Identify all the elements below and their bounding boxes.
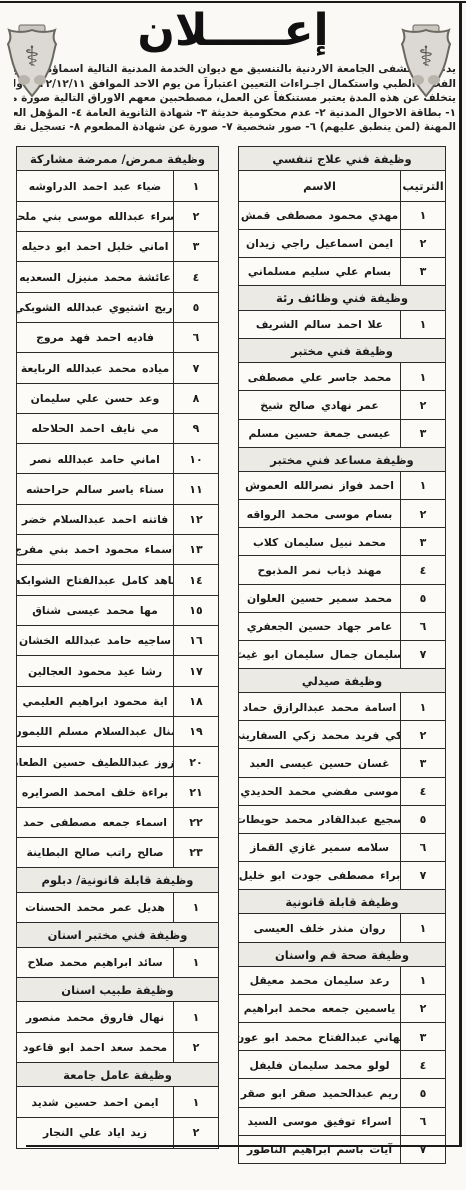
applicant-rank: ١٣ [173, 535, 218, 565]
applicant-name: براءة خلف امحمد الصرايره [17, 777, 173, 807]
applicant-rank: ٤ [400, 1051, 445, 1079]
applicant-row: ٣محمد نبيل سليمان كلاب [238, 527, 446, 557]
applicant-name: سليمان جمال سليمان ابو غيث [239, 641, 400, 669]
tables-left-column: وظيفة ممرض/ ممرضة مشاركة١ضياء عبد احمد ا… [16, 146, 219, 1149]
applicant-row: ٢عمر نهادي صالح شيخ [238, 390, 446, 420]
applicant-row: ٢ياسمين جمعه محمد ابراهيم [238, 994, 446, 1024]
applicant-name: روان منذر خلف العيسى [239, 914, 400, 942]
applicant-rank: ٢ [173, 202, 218, 232]
applicant-name: اماني خليل احمد ابو دحيله [17, 232, 173, 262]
job-title-header: وظيفة قابلة قانونية [238, 889, 446, 915]
job-title-header: وظيفة صحة فم واسنان [238, 942, 446, 968]
applicant-name: عائشة محمد منيزل السعديه [17, 262, 173, 292]
applicant-name: ريم عبدالحميد صقر ابو صقر [239, 1079, 400, 1107]
applicant-name: مي نايف احمد الحلاحله [17, 414, 173, 444]
applicant-row: ١٢فاتنه احمد عبدالسلام خضر [16, 504, 219, 536]
applicant-rank: ٦ [400, 1108, 445, 1136]
intro-paragraph: يدعو مستشفى الجامعة الاردنية بالتنسيق مع… [14, 62, 456, 135]
applicant-rank: ٢٢ [173, 808, 218, 838]
applicant-name: وعد حسن علي سليمان [17, 384, 173, 414]
applicant-rank: ١١ [173, 474, 218, 504]
applicant-rank: ٢ [400, 391, 445, 419]
applicant-row: ١سائد ابراهيم محمد صلاح [16, 947, 219, 979]
applicant-row: ٣بسام علي سليم مسلماني [238, 257, 446, 287]
applicant-name: صالح راتب صالح البطاينة [17, 838, 173, 868]
rank-column-header: الترتيب [400, 171, 445, 201]
applicant-row: ١احمد فواز نصرالله العموش [238, 471, 446, 501]
applicant-row: ٧سليمان جمال سليمان ابو غيث [238, 640, 446, 670]
applicant-row: ٢زيد اياد علي النجار [16, 1117, 219, 1149]
job-title-header: وظيفة عامل جامعة [16, 1062, 219, 1088]
applicant-rank: ٣ [400, 1023, 445, 1051]
applicant-row: ١٦ساجيه حامد عبدالله الخشان [16, 625, 219, 657]
page-right-border [459, 1, 462, 1147]
applicant-row: ٧مياده محمد عبدالله الربايعة [16, 352, 219, 384]
applicant-row: ٥سجيع عبدالقادر محمد حويطات [238, 805, 446, 835]
table-header-row: الترتيبالاسم [238, 170, 446, 202]
svg-text:⚕: ⚕ [24, 40, 39, 73]
applicant-name: محمد سعد احمد ابو قاعود [17, 1033, 173, 1063]
svg-text:⚕: ⚕ [418, 40, 433, 73]
applicant-name: اسماء محمود احمد بني مفرج [17, 535, 173, 565]
applicant-name: تهاني عبدالفتاح محمد ابو عون [239, 1023, 400, 1051]
applicant-name: عامر جهاد حسين الجعفري [239, 613, 400, 641]
applicant-rank: ١ [400, 311, 445, 339]
applicant-name: علا احمد سالم الشريف [239, 311, 400, 339]
applicant-name: زكي فريد محمد زكي السفاريني [239, 721, 400, 749]
applicant-rank: ٥ [400, 806, 445, 834]
applicant-row: ٥ريم عبدالحميد صقر ابو صقر [238, 1078, 446, 1108]
applicant-row: ١١سناء ياسر سالم حراحشه [16, 473, 219, 505]
applicant-row: ٦فاديه احمد فهد مروج [16, 322, 219, 354]
applicant-row: ٦عامر جهاد حسين الجعفري [238, 612, 446, 642]
applicant-rank: ٣ [173, 232, 218, 262]
applicant-row: ١٩منال عبدالسلام مسلم الليمون [16, 716, 219, 748]
applicant-name: سجيع عبدالقادر محمد حويطات [239, 806, 400, 834]
applicant-rank: ٤ [173, 262, 218, 292]
applicant-rank: ١ [173, 1087, 218, 1117]
applicant-rank: ٤ [400, 778, 445, 806]
applicant-row: ١٠اماني حامد عبدالله نصر [16, 443, 219, 475]
applicant-row: ٣اماني خليل احمد ابو دحيله [16, 231, 219, 263]
intro-line: يتخلف عن هذه المدة يعتبر مستنكفاً عن الع… [14, 91, 456, 106]
applicant-rank: ١ [400, 472, 445, 500]
applicant-row: ٥اريج اشتيوي عبدالله الشوبكي [16, 292, 219, 324]
applicant-name: براء مصطفى جودت ابو خليل [239, 862, 400, 890]
applicant-name: لولو محمد سليمان فليفل [239, 1051, 400, 1079]
applicant-rank: ١٤ [173, 565, 218, 595]
applicant-row: ١اسامة محمد عبدالرازق حماد [238, 692, 446, 722]
applicant-row: ١٤ناهد كامل عبدالفتاح الشوابكه [16, 564, 219, 596]
applicant-row: ٦اسراء توفيق موسى السيد [238, 1107, 446, 1137]
applicant-rank: ٥ [173, 293, 218, 323]
applicant-name: هديل عمر محمد الحسنات [17, 893, 173, 923]
applicant-rank: ٢ [400, 500, 445, 528]
applicant-name: فاديه احمد فهد مروج [17, 323, 173, 353]
applicant-rank: ١٩ [173, 717, 218, 747]
applicant-rank: ١٨ [173, 687, 218, 717]
applicant-name: ضياء عبد احمد الدراوشه [17, 171, 173, 201]
applicant-name: مهند ذياب نمر المذبوح [239, 556, 400, 584]
applicant-rank: ٣ [400, 420, 445, 448]
applicant-name: مها محمد عيسى شناق [17, 596, 173, 626]
applicant-row: ٣عيسى جمعة حسين مسلم [238, 419, 446, 449]
applicant-name: محمد جاسر علي مصطفى [239, 363, 400, 391]
applicant-name: ساجيه حامد عبدالله الخشان [17, 626, 173, 656]
applicant-name: عيسى جمعة حسين مسلم [239, 420, 400, 448]
intro-line: ١- بطاقة الاحوال المدنية ٢- عدم محكومية … [14, 106, 456, 121]
applicant-row: ٤مهند ذياب نمر المذبوح [238, 555, 446, 585]
applicant-rank: ١٦ [173, 626, 218, 656]
applicant-rank: ٣ [400, 258, 445, 286]
applicant-row: ٣غسان حسين عيسى العبد [238, 748, 446, 778]
applicant-row: ١ضياء عبد احمد الدراوشه [16, 170, 219, 202]
applicant-rank: ٣ [400, 528, 445, 556]
applicant-row: ١٣اسماء محمود احمد بني مفرج [16, 534, 219, 566]
applicant-name: اية محمود ابراهيم العليمي [17, 687, 173, 717]
applicant-rank: ٢ [400, 230, 445, 258]
applicant-row: ٢١براءة خلف امحمد الصرايره [16, 776, 219, 808]
intro-line: الفحص الطبي واستكمال اجـراءات التعيين اع… [14, 77, 456, 92]
applicant-rank: ٢٣ [173, 838, 218, 868]
applicant-rank: ٢ [400, 721, 445, 749]
applicant-row: ٢ايمن اسماعيل راجي زيدان [238, 229, 446, 259]
applicant-name: اسامة محمد عبدالرازق حماد [239, 693, 400, 721]
applicant-row: ١رعد سليمان محمد معيقل [238, 966, 446, 996]
applicant-rank: ١٢ [173, 505, 218, 535]
candidate-tables: وظيفة فني علاج تنفسيالترتيبالاسم١مهدي مح… [0, 135, 466, 1164]
applicant-row: ٢بسام موسى محمد الرواقه [238, 499, 446, 529]
applicant-rank: ٢ [173, 1033, 218, 1063]
applicant-row: ٥محمد سمير حسين العلوان [238, 584, 446, 614]
applicant-name: محمد نبيل سليمان كلاب [239, 528, 400, 556]
applicant-row: ٨وعد حسن علي سليمان [16, 383, 219, 415]
job-title-header: وظيفة مساعد فني مختبر [238, 447, 446, 473]
applicant-rank: ٢٠ [173, 747, 218, 777]
applicant-rank: ٧ [400, 641, 445, 669]
applicant-name: غسان حسين عيسى العبد [239, 749, 400, 777]
applicant-row: ٢٣صالح راتب صالح البطاينة [16, 837, 219, 869]
applicant-row: ٢اسراء عبدالله موسى بني ملحم [16, 201, 219, 233]
name-column-header: الاسم [239, 171, 400, 201]
applicant-row: ١محمد جاسر علي مصطفى [238, 362, 446, 392]
applicant-row: ١روان منذر خلف العيسى [238, 913, 446, 943]
applicant-row: ٤عائشة محمد منيزل السعديه [16, 261, 219, 293]
page-bottom-border [26, 1145, 462, 1147]
applicant-rank: ١٥ [173, 596, 218, 626]
applicant-name: فاتنه احمد عبدالسلام خضر [17, 505, 173, 535]
applicant-name: عمر نهادي صالح شيخ [239, 391, 400, 419]
applicant-rank: ١ [173, 893, 218, 923]
applicant-name: ايمن اسماعيل راجي زيدان [239, 230, 400, 258]
applicant-rank: ١٠ [173, 444, 218, 474]
applicant-rank: ١ [400, 967, 445, 995]
applicant-rank: ٥ [400, 1079, 445, 1107]
applicant-name: ناهد كامل عبدالفتاح الشوابكه [17, 565, 173, 595]
applicant-row: ٣تهاني عبدالفتاح محمد ابو عون [238, 1022, 446, 1052]
applicant-rank: ١ [173, 171, 218, 201]
applicant-name: بسام موسى محمد الرواقه [239, 500, 400, 528]
applicant-rank: ٧ [173, 353, 218, 383]
applicant-row: ٦سلامه سمير غازي القماز [238, 833, 446, 863]
applicant-name: اماني حامد عبدالله نصر [17, 444, 173, 474]
applicant-name: رشا عيد محمود العجالين [17, 656, 173, 686]
applicant-rank: ١ [400, 914, 445, 942]
hospital-emblem-icon: ⚕ [4, 24, 60, 100]
applicant-name: سائد ابراهيم محمد صلاح [17, 948, 173, 978]
applicant-name: ايمن احمد حسين شديد [17, 1087, 173, 1117]
applicant-rank: ٢١ [173, 777, 218, 807]
hospital-emblem-icon: ⚕ [398, 24, 454, 100]
applicant-name: نهال فاروق محمد منصور [17, 1002, 173, 1032]
applicant-row: ٩مي نايف احمد الحلاحله [16, 413, 219, 445]
applicant-rank: ٢ [173, 1118, 218, 1148]
applicant-row: ٤موسى مفضي محمد الحديدي [238, 777, 446, 807]
applicant-row: ١٨اية محمود ابراهيم العليمي [16, 686, 219, 718]
applicant-rank: ٤ [400, 556, 445, 584]
applicant-rank: ١ [173, 1002, 218, 1032]
applicant-row: ١مهدي محمود مصطفى قمش [238, 201, 446, 231]
job-title-header: وظيفة قابلة قانونية/ دبلوم [16, 867, 219, 893]
applicant-name: محمد سمير حسين العلوان [239, 585, 400, 613]
applicant-name: منال عبدالسلام مسلم الليمون [17, 717, 173, 747]
applicant-rank: ٥ [400, 585, 445, 613]
applicant-rank: ٧ [400, 862, 445, 890]
applicant-name: فيزوز عبداللطيف حسين الطعاني [17, 747, 173, 777]
applicant-rank: ٩ [173, 414, 218, 444]
job-title-header: وظيفة فني علاج تنفسي [238, 146, 446, 172]
page-top-border [0, 1, 466, 3]
announcement-page: ⚕ ⚕ إعـــــلان يدعو مستشفى الجامعة الارد… [0, 0, 466, 1190]
applicant-rank: ٣ [400, 749, 445, 777]
intro-line: المهنة (لمن ينطبق عليهم) ٦- صور شخصية ٧-… [14, 120, 456, 135]
applicant-rank: ١ [173, 948, 218, 978]
applicant-rank: ٦ [400, 613, 445, 641]
job-title-header: وظيفة فني مختبر اسنان [16, 922, 219, 948]
job-title-header: وظيفة فني مختبر [238, 338, 446, 364]
job-title-header: وظيفة ممرض/ ممرضة مشاركة [16, 146, 219, 172]
applicant-rank: ٦ [400, 834, 445, 862]
applicant-row: ١علا احمد سالم الشريف [238, 310, 446, 340]
announcement-title: إعـــــلان [0, 5, 466, 57]
applicant-row: ٤لولو محمد سليمان فليفل [238, 1050, 446, 1080]
tables-right-column: وظيفة فني علاج تنفسيالترتيبالاسم١مهدي مح… [238, 146, 446, 1164]
intro-line: يدعو مستشفى الجامعة الاردنية بالتنسيق مع… [14, 62, 456, 77]
job-title-header: وظيفة طبيب اسنان [16, 977, 219, 1003]
applicant-name: اريج اشتيوي عبدالله الشوبكي [17, 293, 173, 323]
applicant-row: ٧براء مصطفى جودت ابو خليل [238, 861, 446, 891]
applicant-name: سناء ياسر سالم حراحشه [17, 474, 173, 504]
applicant-name: مياده محمد عبدالله الربايعة [17, 353, 173, 383]
applicant-rank: ١ [400, 363, 445, 391]
applicant-row: ٢زكي فريد محمد زكي السفاريني [238, 720, 446, 750]
applicant-rank: ١ [400, 202, 445, 230]
applicant-rank: ١٧ [173, 656, 218, 686]
applicant-row: ٢٢اسماء جمعه مصطفى حمد [16, 807, 219, 839]
applicant-row: ٧آيات باسم ابراهيم الناطور [238, 1135, 446, 1165]
applicant-rank: ٢ [400, 995, 445, 1023]
job-title-header: وظيفة فني وظائف رئة [238, 285, 446, 311]
applicant-row: ١ايمن احمد حسين شديد [16, 1086, 219, 1118]
applicant-name: اسراء عبدالله موسى بني ملحم [17, 202, 173, 232]
applicant-name: سلامه سمير غازي القماز [239, 834, 400, 862]
applicant-name: موسى مفضي محمد الحديدي [239, 778, 400, 806]
applicant-row: ١٥مها محمد عيسى شناق [16, 595, 219, 627]
job-title-header: وظيفة صيدلي [238, 668, 446, 694]
applicant-name: زيد اياد علي النجار [17, 1118, 173, 1148]
applicant-rank: ٧ [400, 1136, 445, 1164]
applicant-rank: ١ [400, 693, 445, 721]
applicant-name: مهدي محمود مصطفى قمش [239, 202, 400, 230]
applicant-row: ١نهال فاروق محمد منصور [16, 1001, 219, 1033]
applicant-row: ١٧رشا عيد محمود العجالين [16, 655, 219, 687]
applicant-rank: ٦ [173, 323, 218, 353]
applicant-name: اسماء جمعه مصطفى حمد [17, 808, 173, 838]
applicant-name: بسام علي سليم مسلماني [239, 258, 400, 286]
applicant-name: اسراء توفيق موسى السيد [239, 1108, 400, 1136]
applicant-name: آيات باسم ابراهيم الناطور [239, 1136, 400, 1164]
applicant-name: احمد فواز نصرالله العموش [239, 472, 400, 500]
applicant-row: ٢٠فيزوز عبداللطيف حسين الطعاني [16, 746, 219, 778]
applicant-row: ٢محمد سعد احمد ابو قاعود [16, 1032, 219, 1064]
applicant-row: ١هديل عمر محمد الحسنات [16, 892, 219, 924]
applicant-rank: ٨ [173, 384, 218, 414]
applicant-name: ياسمين جمعه محمد ابراهيم [239, 995, 400, 1023]
applicant-name: رعد سليمان محمد معيقل [239, 967, 400, 995]
